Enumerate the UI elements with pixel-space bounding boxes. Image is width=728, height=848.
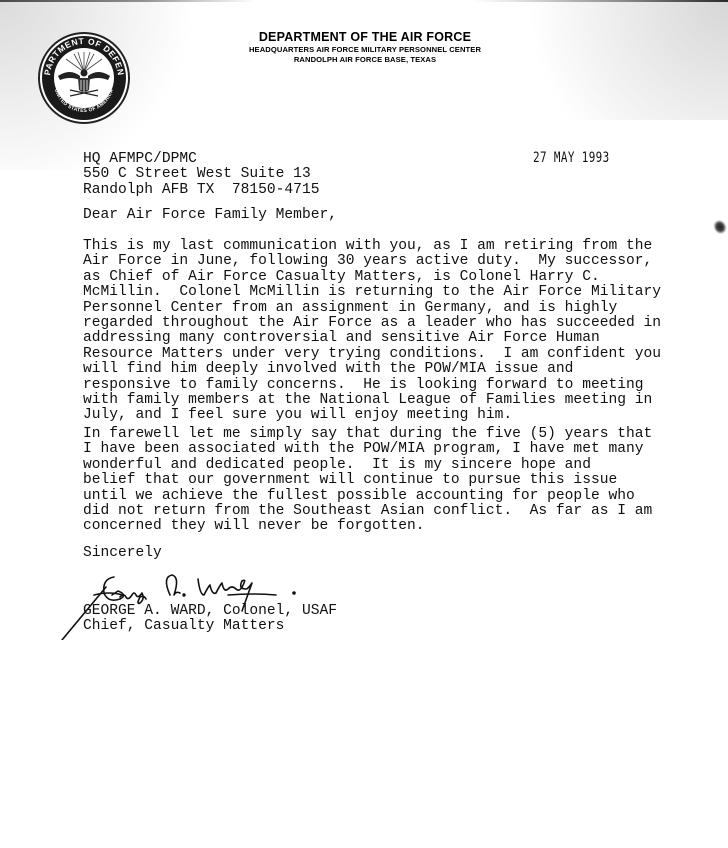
body-line: Air Force in June, following 30 years ac… [83, 254, 661, 269]
body-line: with family members at the National Leag… [83, 393, 661, 408]
body-line: McMillin. Colonel McMillin is returning … [83, 285, 661, 300]
body-line: belief that our government will continue… [83, 473, 652, 488]
body-line: I have been associated with the POW/MIA … [83, 442, 652, 457]
body-paragraph-2: In farewell let me simply say that durin… [83, 427, 652, 535]
body-line: Resource Matters under very trying condi… [83, 347, 661, 362]
salutation: Dear Air Force Family Member, [83, 208, 337, 223]
scan-smudge [711, 218, 728, 236]
body-line: regarded throughout the Air Force as a l… [83, 316, 661, 331]
body-line: Personnel Center from an assignment in G… [83, 301, 661, 316]
date-stamp: 27 MAY 1993 [533, 150, 610, 166]
headquarters-subtitle: HEADQUARTERS AIR FORCE MILITARY PERSONNE… [200, 45, 530, 55]
signer-title: Chief, Casualty Matters [83, 619, 337, 634]
signature-block: GEORGE A. WARD, Colonel, USAFChief, Casu… [83, 604, 337, 635]
department-title: DEPARTMENT OF THE AIR FORCE [200, 30, 530, 45]
letterhead: DEPARTMENT OF THE AIR FORCE HEADQUARTERS… [200, 30, 530, 65]
body-line: until we achieve the fullest possible ac… [83, 489, 652, 504]
address-line: Randolph AFB TX 78150-4715 [83, 183, 319, 198]
body-line: concerned they will never be forgotten. [83, 519, 652, 534]
address-line: 550 C Street West Suite 13 [83, 167, 319, 182]
address-line: HQ AFMPC/DPMC [83, 152, 319, 167]
body-line: addressing many controversial and sensit… [83, 331, 661, 346]
body-line: wonderful and dedicated people. It is my… [83, 458, 652, 473]
body-line: July, and I feel sure you will enjoy mee… [83, 408, 661, 423]
body-line: will find him deeply involved with the P… [83, 362, 661, 377]
body-paragraph-1: This is my last communication with you, … [83, 239, 661, 424]
signer-name: GEORGE A. WARD, Colonel, USAF [83, 604, 337, 619]
closing: Sincerely [83, 546, 162, 561]
body-line: responsive to family concerns. He is loo… [83, 378, 661, 393]
body-line: did not return from the Southeast Asian … [83, 504, 652, 519]
body-line: as Chief of Air Force Casualty Matters, … [83, 270, 661, 285]
department-of-defense-seal-icon: DEPARTMENT OF DEFENSE UNITED STATES OF A… [36, 30, 132, 126]
body-line: This is my last communication with you, … [83, 239, 661, 254]
body-line: In farewell let me simply say that durin… [83, 427, 652, 442]
sender-address: HQ AFMPC/DPMC550 C Street West Suite 13R… [83, 152, 319, 198]
base-location: RANDOLPH AIR FORCE BASE, TEXAS [200, 55, 530, 65]
